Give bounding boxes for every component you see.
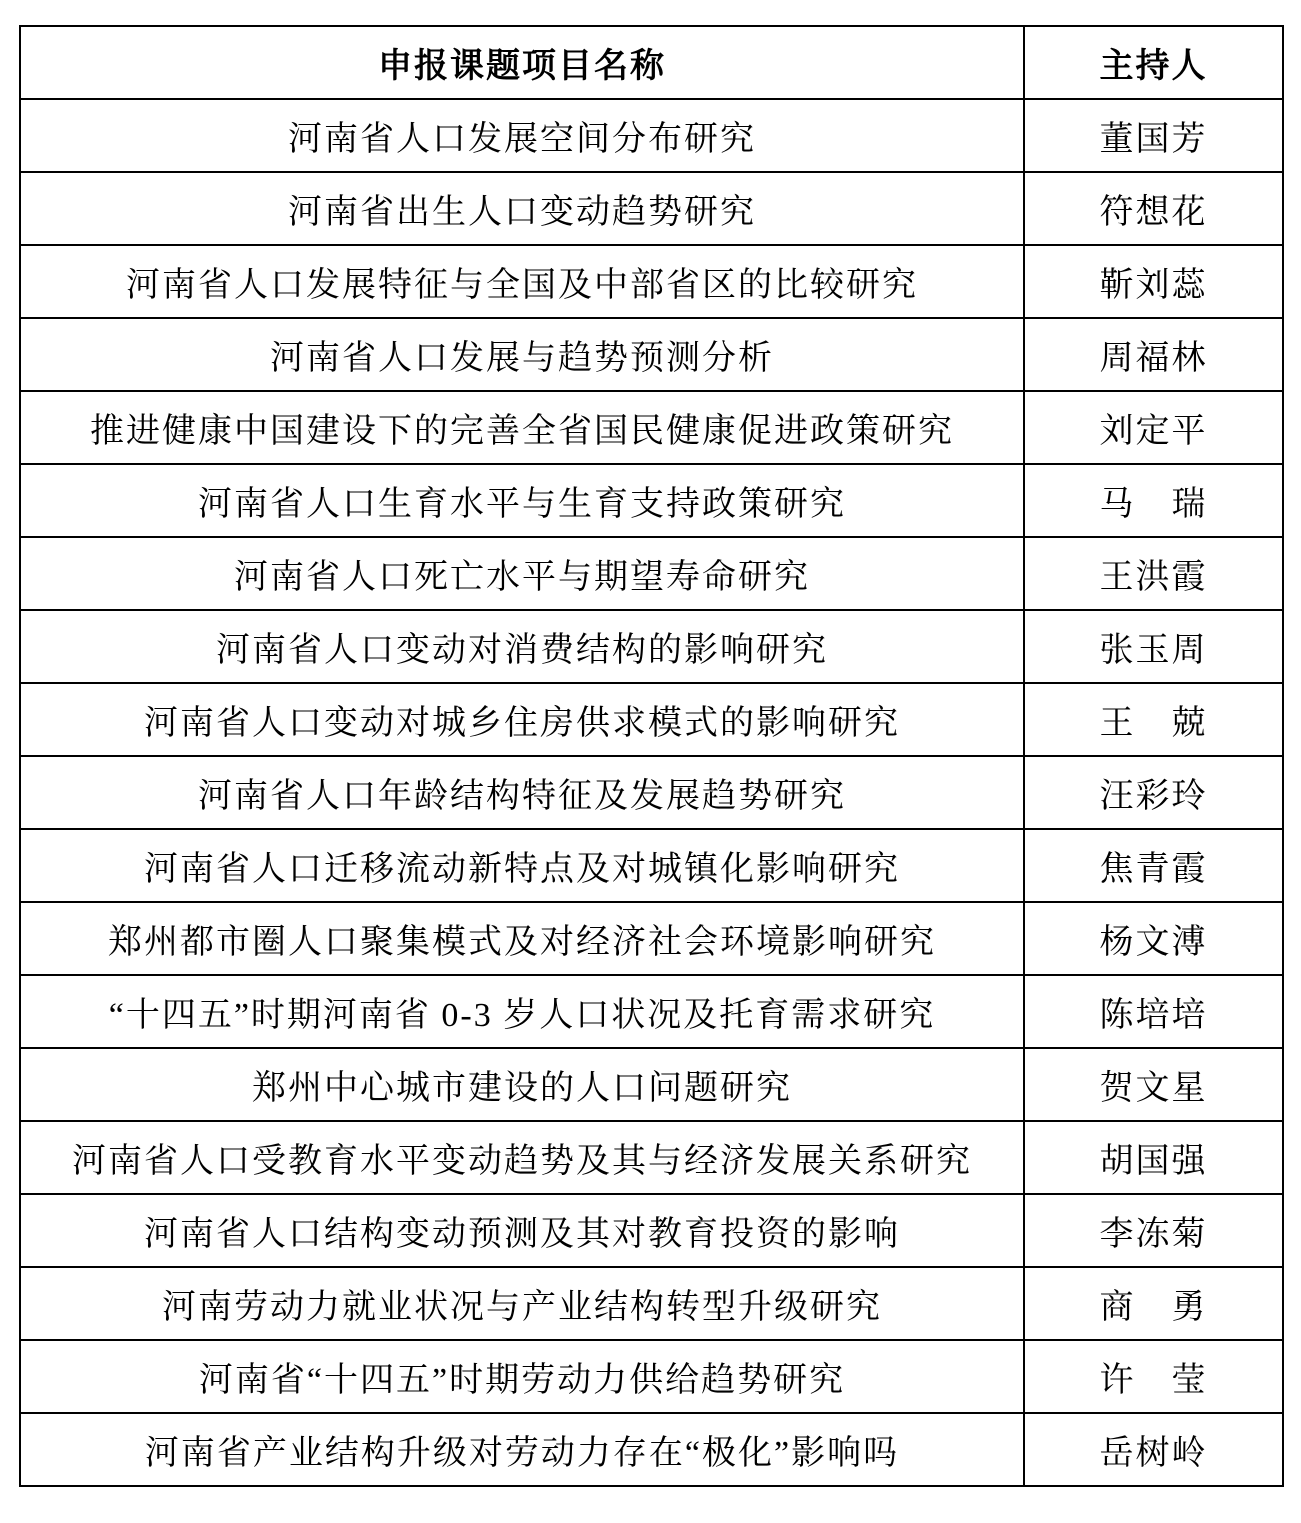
table-header: 申报课题项目名称 主持人	[20, 26, 1283, 99]
project-title-cell: 河南省人口发展空间分布研究	[20, 99, 1024, 172]
table-row: 河南省人口发展与趋势预测分析周福林	[20, 318, 1283, 391]
project-title-cell: 河南省人口变动对城乡住房供求模式的影响研究	[20, 683, 1024, 756]
leader-name-cell: 汪彩玲	[1024, 756, 1283, 829]
project-title-cell: 河南省人口变动对消费结构的影响研究	[20, 610, 1024, 683]
header-project-name: 申报课题项目名称	[20, 26, 1024, 99]
project-title-cell: 河南省人口迁移流动新特点及对城镇化影响研究	[20, 829, 1024, 902]
leader-name-cell: 周福林	[1024, 318, 1283, 391]
leader-name-cell: 胡国强	[1024, 1121, 1283, 1194]
table-row: 推进健康中国建设下的完善全省国民健康促进政策研究刘定平	[20, 391, 1283, 464]
table-row: 河南省人口变动对城乡住房供求模式的影响研究王 兢	[20, 683, 1283, 756]
leader-name-cell: 焦青霞	[1024, 829, 1283, 902]
table-row: 河南劳动力就业状况与产业结构转型升级研究商 勇	[20, 1267, 1283, 1340]
header-row: 申报课题项目名称 主持人	[20, 26, 1283, 99]
leader-name-cell: 刘定平	[1024, 391, 1283, 464]
leader-name-cell: 靳刘蕊	[1024, 245, 1283, 318]
project-title-cell: 河南劳动力就业状况与产业结构转型升级研究	[20, 1267, 1024, 1340]
project-title-cell: 河南省人口年龄结构特征及发展趋势研究	[20, 756, 1024, 829]
table-row: 河南省“十四五”时期劳动力供给趋势研究许 莹	[20, 1340, 1283, 1413]
project-title-cell: 河南省出生人口变动趋势研究	[20, 172, 1024, 245]
table-row: 河南省产业结构升级对劳动力存在“极化”影响吗岳树岭	[20, 1413, 1283, 1486]
header-leader: 主持人	[1024, 26, 1283, 99]
leader-name-cell: 许 莹	[1024, 1340, 1283, 1413]
leader-name-cell: 马 瑞	[1024, 464, 1283, 537]
table-row: 河南省人口变动对消费结构的影响研究张玉周	[20, 610, 1283, 683]
leader-name-cell: 王 兢	[1024, 683, 1283, 756]
leader-name-cell: 王洪霞	[1024, 537, 1283, 610]
project-title-cell: 河南省人口死亡水平与期望寿命研究	[20, 537, 1024, 610]
project-title-cell: “十四五”时期河南省 0-3 岁人口状况及托育需求研究	[20, 975, 1024, 1048]
table-row: 河南省人口年龄结构特征及发展趋势研究汪彩玲	[20, 756, 1283, 829]
leader-name-cell: 岳树岭	[1024, 1413, 1283, 1486]
project-title-cell: 郑州中心城市建设的人口问题研究	[20, 1048, 1024, 1121]
project-title-cell: 河南省人口受教育水平变动趋势及其与经济发展关系研究	[20, 1121, 1024, 1194]
table-row: 河南省出生人口变动趋势研究符想花	[20, 172, 1283, 245]
table-row: 郑州中心城市建设的人口问题研究贺文星	[20, 1048, 1283, 1121]
table-body: 河南省人口发展空间分布研究董国芳河南省出生人口变动趋势研究符想花河南省人口发展特…	[20, 99, 1283, 1486]
leader-name-cell: 董国芳	[1024, 99, 1283, 172]
table-row: 河南省人口迁移流动新特点及对城镇化影响研究焦青霞	[20, 829, 1283, 902]
project-title-cell: 河南省人口生育水平与生育支持政策研究	[20, 464, 1024, 537]
project-title-cell: 郑州都市圈人口聚集模式及对经济社会环境影响研究	[20, 902, 1024, 975]
table-row: 河南省人口受教育水平变动趋势及其与经济发展关系研究胡国强	[20, 1121, 1283, 1194]
leader-name-cell: 商 勇	[1024, 1267, 1283, 1340]
leader-name-cell: 李冻菊	[1024, 1194, 1283, 1267]
table-row: 郑州都市圈人口聚集模式及对经济社会环境影响研究杨文溥	[20, 902, 1283, 975]
table-row: 河南省人口生育水平与生育支持政策研究马 瑞	[20, 464, 1283, 537]
table-row: 河南省人口结构变动预测及其对教育投资的影响李冻菊	[20, 1194, 1283, 1267]
leader-name-cell: 贺文星	[1024, 1048, 1283, 1121]
table-row: 河南省人口死亡水平与期望寿命研究王洪霞	[20, 537, 1283, 610]
table-row: 河南省人口发展特征与全国及中部省区的比较研究靳刘蕊	[20, 245, 1283, 318]
project-title-cell: 河南省人口发展与趋势预测分析	[20, 318, 1024, 391]
project-leader-table: 申报课题项目名称 主持人 河南省人口发展空间分布研究董国芳河南省出生人口变动趋势…	[19, 25, 1284, 1487]
project-title-cell: 河南省“十四五”时期劳动力供给趋势研究	[20, 1340, 1024, 1413]
leader-name-cell: 陈培培	[1024, 975, 1283, 1048]
leader-name-cell: 杨文溥	[1024, 902, 1283, 975]
table-row: 河南省人口发展空间分布研究董国芳	[20, 99, 1283, 172]
leader-name-cell: 符想花	[1024, 172, 1283, 245]
project-title-cell: 河南省人口结构变动预测及其对教育投资的影响	[20, 1194, 1024, 1267]
project-title-cell: 推进健康中国建设下的完善全省国民健康促进政策研究	[20, 391, 1024, 464]
project-title-cell: 河南省产业结构升级对劳动力存在“极化”影响吗	[20, 1413, 1024, 1486]
leader-name-cell: 张玉周	[1024, 610, 1283, 683]
project-title-cell: 河南省人口发展特征与全国及中部省区的比较研究	[20, 245, 1024, 318]
table-row: “十四五”时期河南省 0-3 岁人口状况及托育需求研究陈培培	[20, 975, 1283, 1048]
